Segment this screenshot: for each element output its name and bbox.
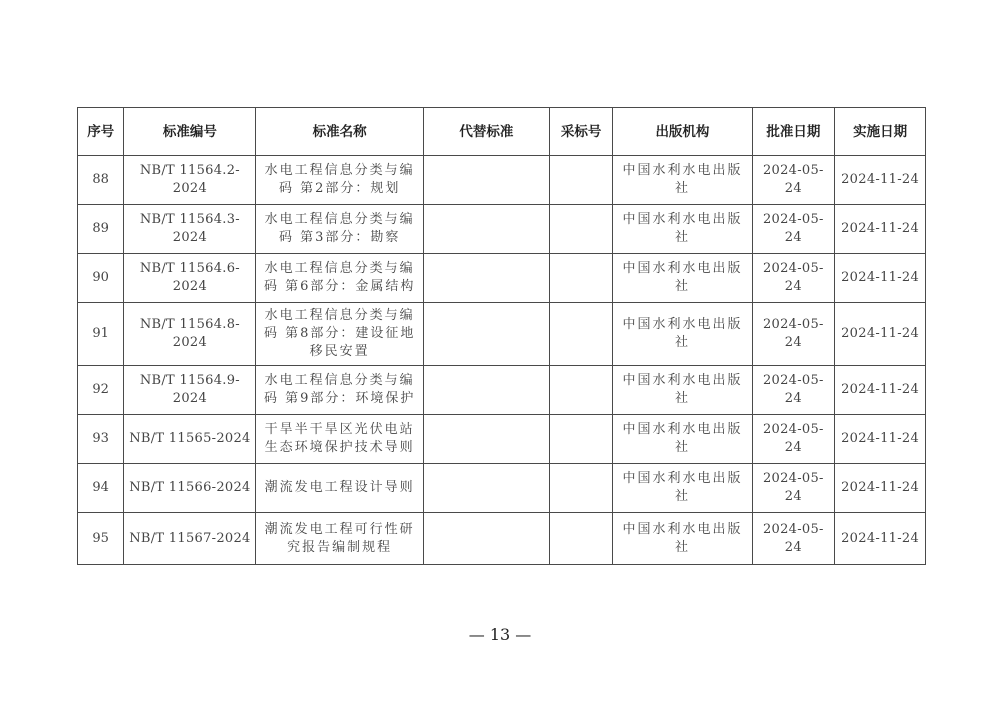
effective-date-cell: 2024-11-24 <box>835 464 926 513</box>
effective-date-cell: 2024-11-24 <box>835 415 926 464</box>
standard-name-cell: 潮流发电工程可行性研究报告编制规程 <box>256 513 423 565</box>
approval-date-cell: 2024-05-24 <box>752 366 835 415</box>
standards-table: 序号 标准编号 标准名称 代替标准 采标号 出版机构 批准日期 实施日期 88N… <box>77 107 926 565</box>
effective-date-cell: 2024-11-24 <box>835 254 926 303</box>
standard-name-cell: 潮流发电工程设计导则 <box>256 464 423 513</box>
standard-name-cell: 干旱半干旱区光伏电站生态环境保护技术导则 <box>256 415 423 464</box>
header-effective-date: 实施日期 <box>835 108 926 156</box>
effective-date-cell: 2024-11-24 <box>835 156 926 205</box>
header-approval-date: 批准日期 <box>752 108 835 156</box>
page-number: — 13 — <box>0 625 1000 644</box>
header-serial-no: 序号 <box>78 108 124 156</box>
table-row: 88NB/T 11564.2-2024水电工程信息分类与编码 第2部分：规划中国… <box>78 156 926 205</box>
header-replaced-standard: 代替标准 <box>423 108 549 156</box>
serial-no-cell: 90 <box>78 254 124 303</box>
serial-no-cell: 95 <box>78 513 124 565</box>
standard-code-cell: NB/T 11565-2024 <box>124 415 256 464</box>
approval-date-cell: 2024-05-24 <box>752 205 835 254</box>
table-header-row: 序号 标准编号 标准名称 代替标准 采标号 出版机构 批准日期 实施日期 <box>78 108 926 156</box>
effective-date-cell: 2024-11-24 <box>835 205 926 254</box>
table-row: 94NB/T 11566-2024潮流发电工程设计导则中国水利水电出版社2024… <box>78 464 926 513</box>
approval-date-cell: 2024-05-24 <box>752 415 835 464</box>
publisher-cell: 中国水利水电出版社 <box>613 205 752 254</box>
replaced-standard-cell <box>423 415 549 464</box>
header-publisher: 出版机构 <box>613 108 752 156</box>
table-row: 90NB/T 11564.6-2024水电工程信息分类与编码 第6部分：金属结构… <box>78 254 926 303</box>
effective-date-cell: 2024-11-24 <box>835 513 926 565</box>
table-body: 88NB/T 11564.2-2024水电工程信息分类与编码 第2部分：规划中国… <box>78 156 926 565</box>
standard-code-cell: NB/T 11567-2024 <box>124 513 256 565</box>
replaced-standard-cell <box>423 254 549 303</box>
adopted-no-cell <box>549 366 613 415</box>
serial-no-cell: 91 <box>78 303 124 366</box>
adopted-no-cell <box>549 464 613 513</box>
header-adopted-no: 采标号 <box>549 108 613 156</box>
serial-no-cell: 94 <box>78 464 124 513</box>
serial-no-cell: 92 <box>78 366 124 415</box>
approval-date-cell: 2024-05-24 <box>752 156 835 205</box>
replaced-standard-cell <box>423 513 549 565</box>
replaced-standard-cell <box>423 156 549 205</box>
standard-name-cell: 水电工程信息分类与编码 第6部分：金属结构 <box>256 254 423 303</box>
publisher-cell: 中国水利水电出版社 <box>613 415 752 464</box>
standard-code-cell: NB/T 11564.6-2024 <box>124 254 256 303</box>
standard-code-cell: NB/T 11564.9-2024 <box>124 366 256 415</box>
publisher-cell: 中国水利水电出版社 <box>613 513 752 565</box>
effective-date-cell: 2024-11-24 <box>835 303 926 366</box>
replaced-standard-cell <box>423 366 549 415</box>
table-row: 95NB/T 11567-2024潮流发电工程可行性研究报告编制规程中国水利水电… <box>78 513 926 565</box>
adopted-no-cell <box>549 303 613 366</box>
publisher-cell: 中国水利水电出版社 <box>613 464 752 513</box>
standard-code-cell: NB/T 11564.8-2024 <box>124 303 256 366</box>
header-standard-name: 标准名称 <box>256 108 423 156</box>
serial-no-cell: 88 <box>78 156 124 205</box>
publisher-cell: 中国水利水电出版社 <box>613 156 752 205</box>
standard-name-cell: 水电工程信息分类与编码 第2部分：规划 <box>256 156 423 205</box>
adopted-no-cell <box>549 415 613 464</box>
effective-date-cell: 2024-11-24 <box>835 366 926 415</box>
standard-code-cell: NB/T 11564.3-2024 <box>124 205 256 254</box>
header-standard-code: 标准编号 <box>124 108 256 156</box>
standard-code-cell: NB/T 11564.2-2024 <box>124 156 256 205</box>
approval-date-cell: 2024-05-24 <box>752 303 835 366</box>
table-row: 89NB/T 11564.3-2024水电工程信息分类与编码 第3部分：勘察中国… <box>78 205 926 254</box>
standard-name-cell: 水电工程信息分类与编码 第3部分：勘察 <box>256 205 423 254</box>
publisher-cell: 中国水利水电出版社 <box>613 254 752 303</box>
replaced-standard-cell <box>423 205 549 254</box>
table-row: 93NB/T 11565-2024干旱半干旱区光伏电站生态环境保护技术导则中国水… <box>78 415 926 464</box>
adopted-no-cell <box>549 513 613 565</box>
serial-no-cell: 93 <box>78 415 124 464</box>
replaced-standard-cell <box>423 464 549 513</box>
adopted-no-cell <box>549 156 613 205</box>
approval-date-cell: 2024-05-24 <box>752 254 835 303</box>
standard-code-cell: NB/T 11566-2024 <box>124 464 256 513</box>
serial-no-cell: 89 <box>78 205 124 254</box>
standard-name-cell: 水电工程信息分类与编码 第8部分：建设征地移民安置 <box>256 303 423 366</box>
approval-date-cell: 2024-05-24 <box>752 513 835 565</box>
replaced-standard-cell <box>423 303 549 366</box>
approval-date-cell: 2024-05-24 <box>752 464 835 513</box>
table-row: 92NB/T 11564.9-2024水电工程信息分类与编码 第9部分：环境保护… <box>78 366 926 415</box>
adopted-no-cell <box>549 205 613 254</box>
adopted-no-cell <box>549 254 613 303</box>
standard-name-cell: 水电工程信息分类与编码 第9部分：环境保护 <box>256 366 423 415</box>
publisher-cell: 中国水利水电出版社 <box>613 366 752 415</box>
table-row: 91NB/T 11564.8-2024水电工程信息分类与编码 第8部分：建设征地… <box>78 303 926 366</box>
publisher-cell: 中国水利水电出版社 <box>613 303 752 366</box>
